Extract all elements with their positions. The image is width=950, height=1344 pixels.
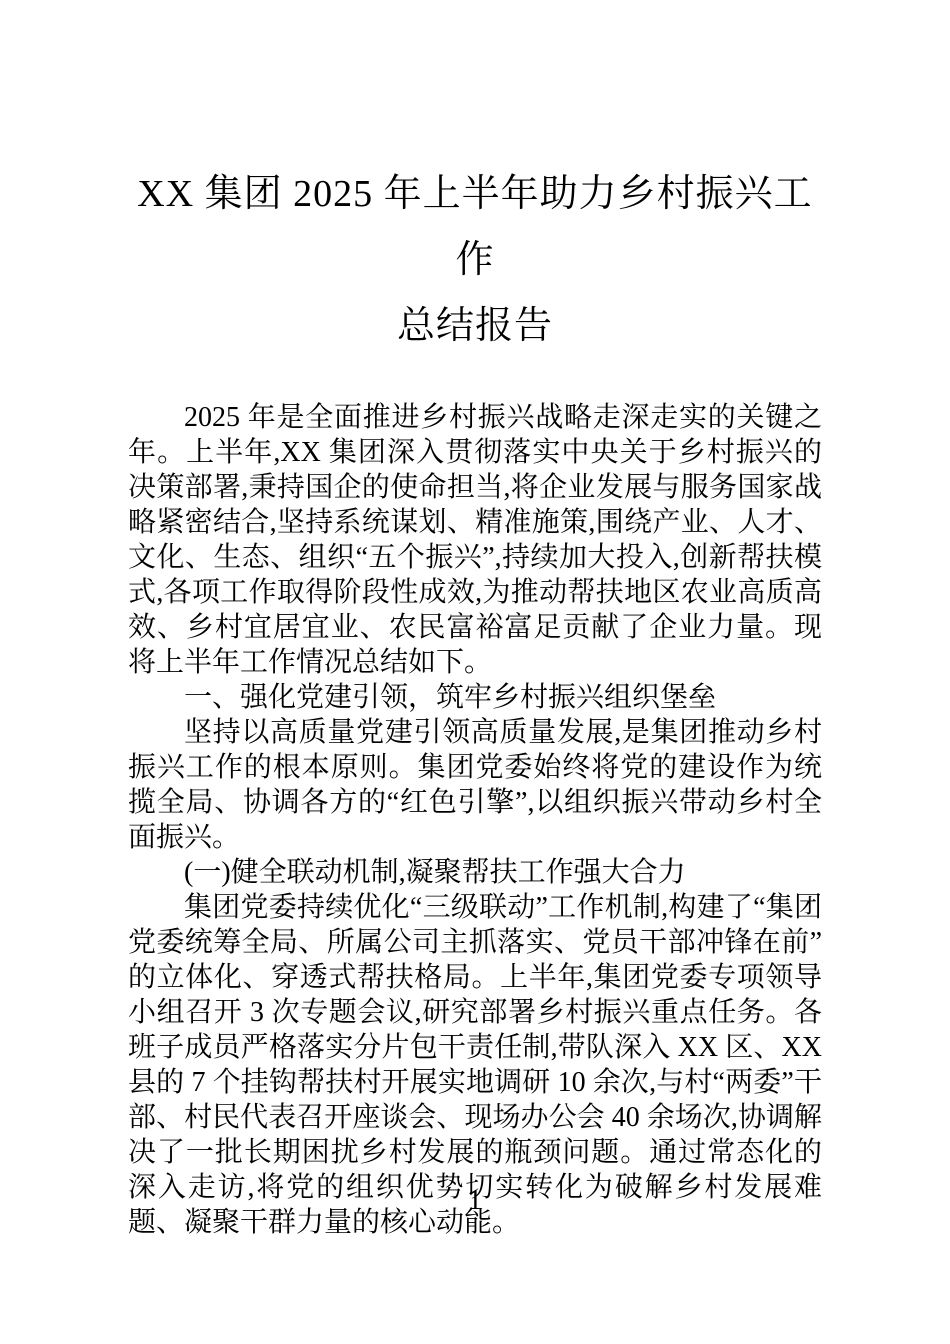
intro-paragraph: 2025 年是全面推进乡村振兴战略走深走实的关键之年。上半年,XX 集团深入贯彻… bbox=[128, 400, 822, 680]
subsection-1-heading: (一)健全联动机制,凝聚帮扶工作强大合力 bbox=[128, 855, 822, 890]
page-number: 1 bbox=[468, 1185, 482, 1216]
document-title: XX 集团 2025 年上半年助力乡村振兴工作 总结报告 bbox=[128, 161, 822, 359]
document-body: 2025 年是全面推进乡村振兴战略走深走实的关键之年。上半年,XX 集团深入贯彻… bbox=[128, 400, 822, 1240]
section-1-heading: 一、强化党建引领，筑牢乡村振兴组织堡垒 bbox=[128, 680, 822, 715]
document-title-line-1: XX 集团 2025 年上半年助力乡村振兴工作 bbox=[128, 161, 822, 293]
document-content: XX 集团 2025 年上半年助力乡村振兴工作 总结报告 2025 年是全面推进… bbox=[128, 161, 822, 1240]
document-page: XX 集团 2025 年上半年助力乡村振兴工作 总结报告 2025 年是全面推进… bbox=[0, 0, 950, 1344]
document-title-line-2: 总结报告 bbox=[128, 293, 822, 359]
section-1-paragraph: 坚持以高质量党建引领高质量发展,是集团推动乡村振兴工作的根本原则。集团党委始终将… bbox=[128, 715, 822, 855]
page-footer: 1 bbox=[0, 1186, 950, 1216]
